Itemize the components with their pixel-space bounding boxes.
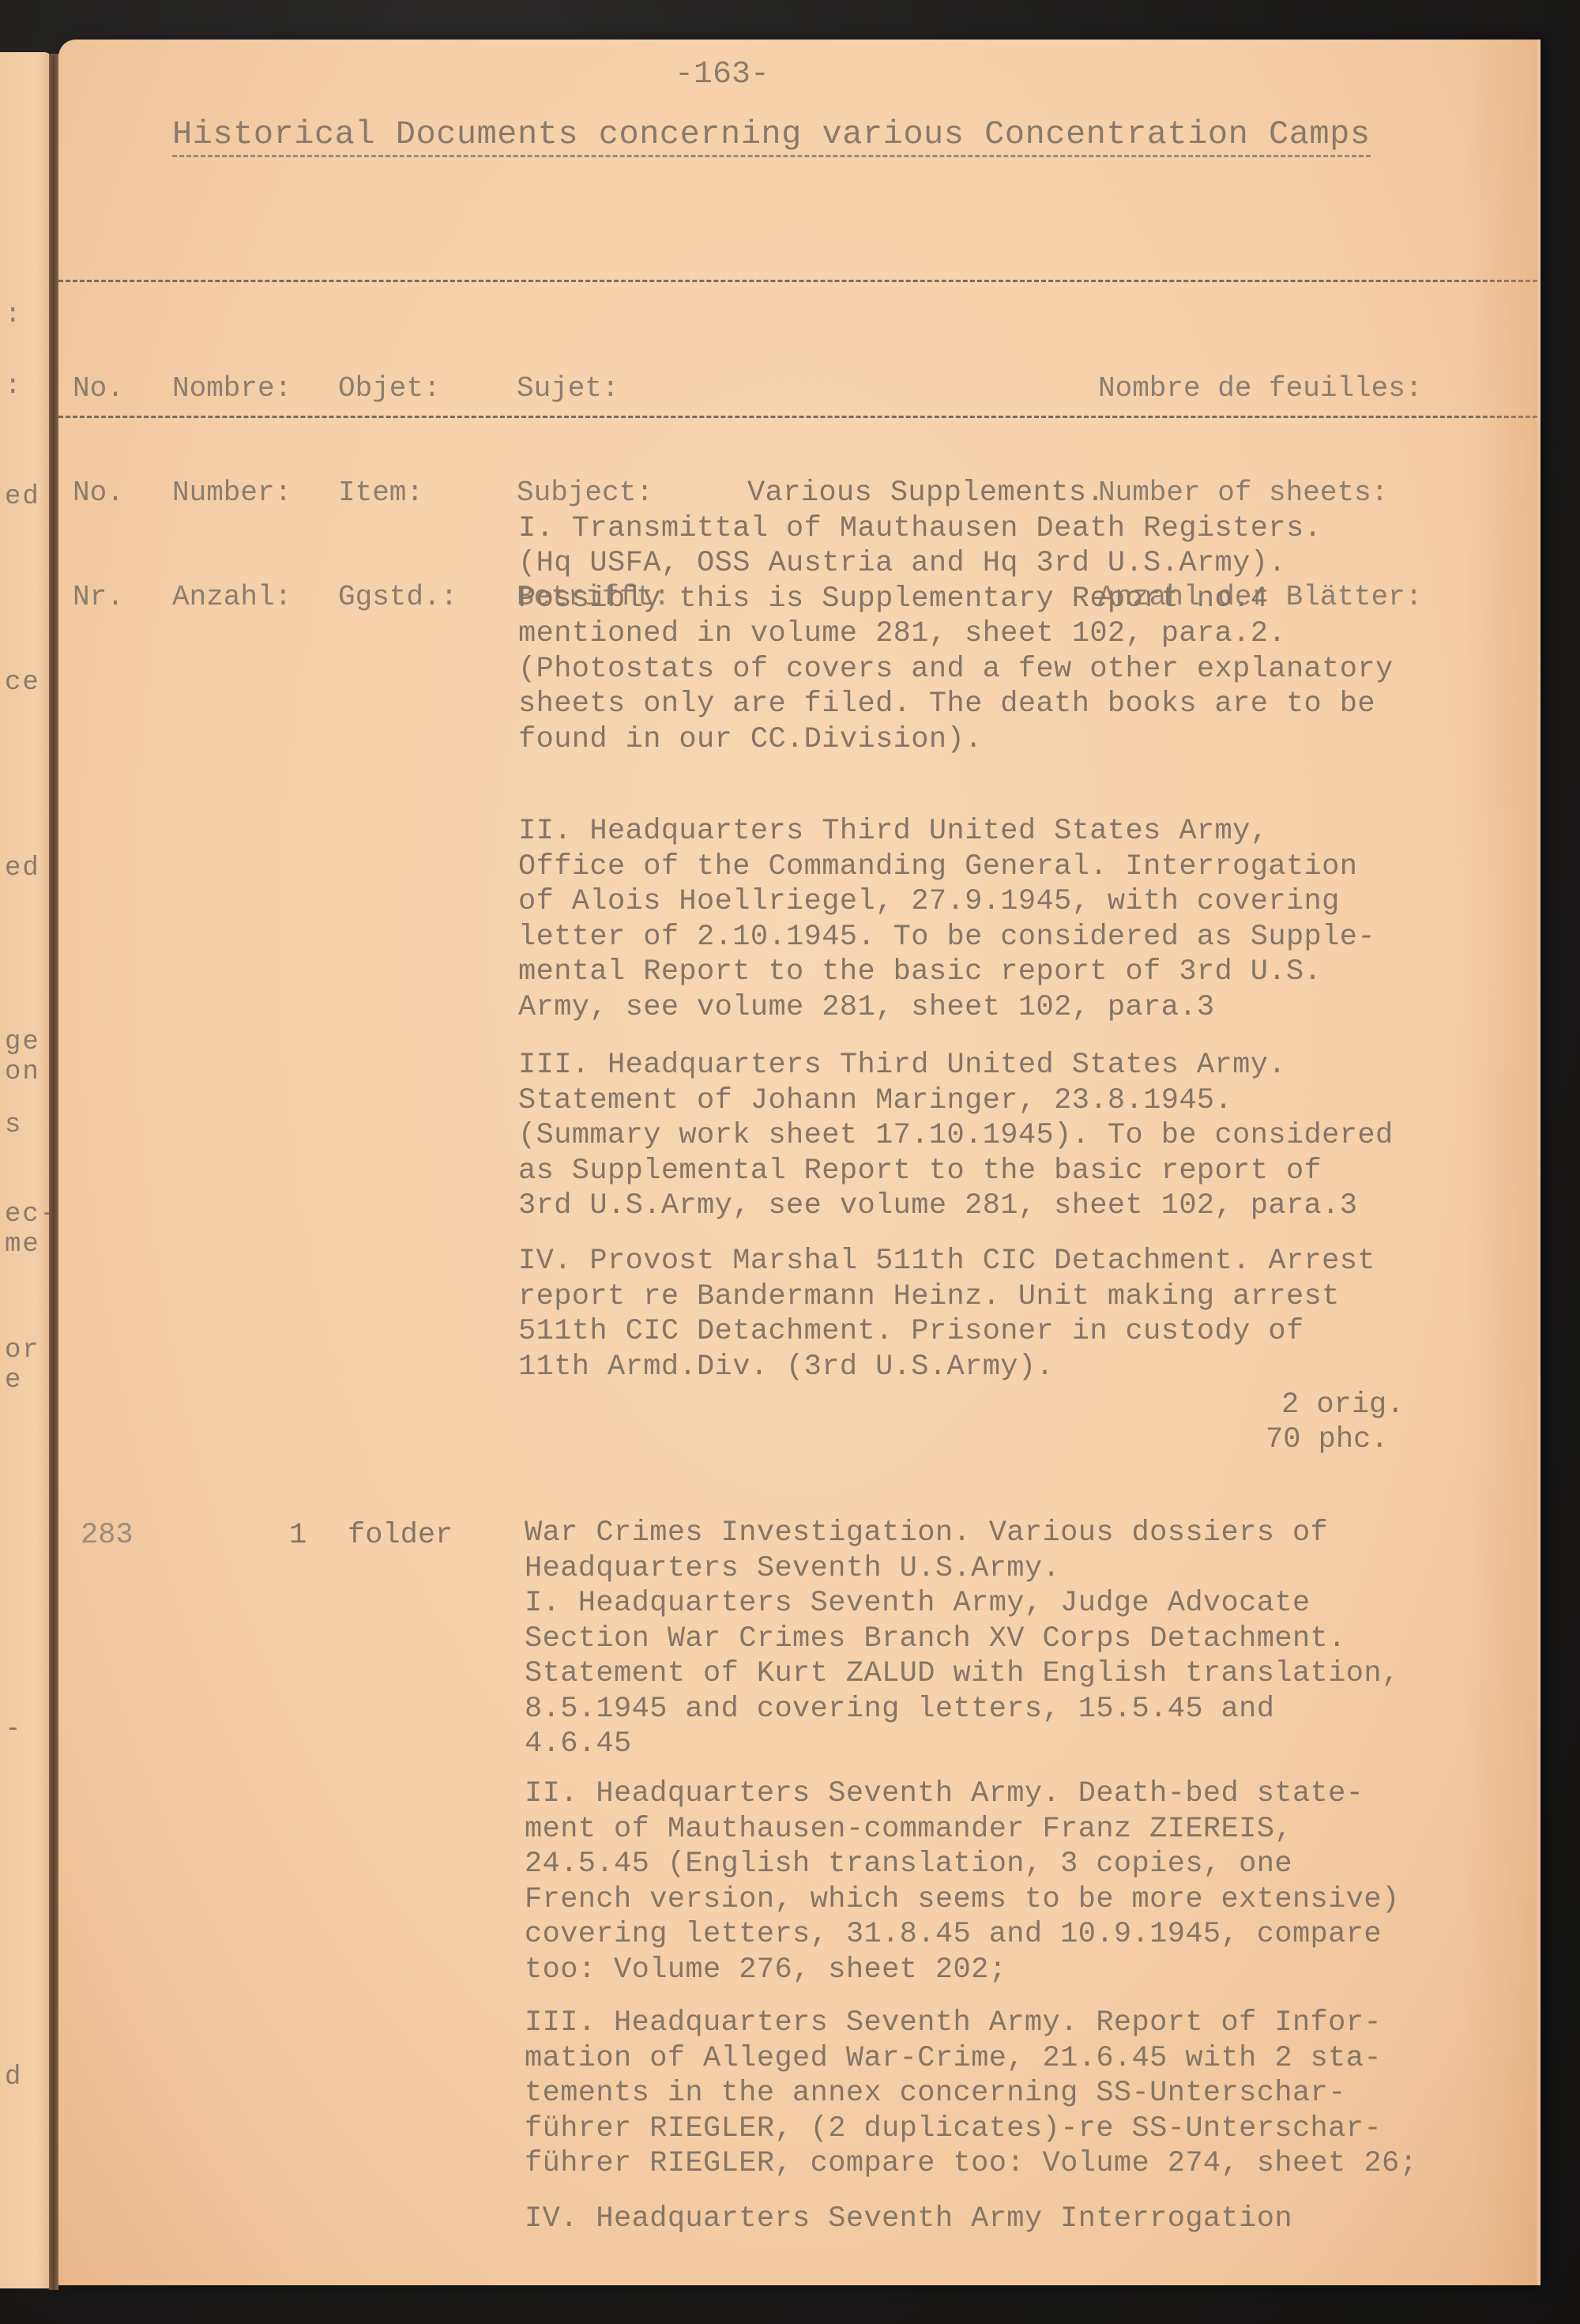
entry-various-supplements: Various Supplements. I. Transmittal of M… xyxy=(518,476,1514,757)
entry-line: ment of Mauthausen-commander Franz ZIERE… xyxy=(525,1812,1520,1848)
left-page-fragment: ed xyxy=(5,482,40,512)
left-page-fragment: : xyxy=(5,371,22,401)
entry-line: Office of the Commanding General. Interr… xyxy=(518,849,1514,885)
entry-line: mation of Alleged War-Crime, 21.6.45 wit… xyxy=(525,2041,1520,2077)
entry-283-part-iv: IV. Headquarters Seventh Army Interrogat… xyxy=(525,2202,1520,2237)
entry-line: Statement of Johann Maringer, 23.8.1945. xyxy=(518,1083,1514,1119)
left-page-fragment: e xyxy=(5,1365,22,1396)
entry-heading: Various Supplements. xyxy=(518,476,1514,511)
entry-line: Army, see volume 281, sheet 102, para.3 xyxy=(518,990,1514,1026)
left-page-fragment: or xyxy=(5,1335,40,1365)
entry-count: 1 xyxy=(289,1519,307,1552)
book-gutter xyxy=(49,54,58,2290)
entry-line: report re Bandermann Heinz. Unit making … xyxy=(518,1279,1514,1315)
entry-line: of Alois Hoellriegel, 27.9.1945, with co… xyxy=(518,884,1514,920)
entry-line: too: Volume 276, sheet 202; xyxy=(525,1953,1520,1988)
column-header-item: Objet: Item: Ggstd.: xyxy=(338,302,457,684)
entry-line: French version, which seems to be more e… xyxy=(525,1882,1520,1918)
entry-line: 511th CIC Detachment. Prisoner in custod… xyxy=(518,1314,1514,1350)
entry-line: 4.6.45 xyxy=(525,1727,1520,1762)
left-page-fragment: ge xyxy=(5,1027,40,1057)
entry-283-part-ii: II. Headquarters Seventh Army. Death-bed… xyxy=(525,1776,1520,1987)
entry-line: II. Headquarters Third United States Arm… xyxy=(518,814,1514,849)
entry-line: III. Headquarters Third United States Ar… xyxy=(518,1048,1514,1083)
entry-line: (Hq USFA, OSS Austria and Hq 3rd U.S.Arm… xyxy=(518,546,1514,582)
entry-line: IV. Headquarters Seventh Army Interrogat… xyxy=(525,2202,1520,2237)
entry-line: Possibly this is Supplementary Report no… xyxy=(518,582,1514,617)
column-header-number: Nombre: Number: Anzahl: xyxy=(172,302,292,684)
left-page-fragment: ed xyxy=(5,853,40,883)
entry-line: tements in the annex concerning SS-Unter… xyxy=(525,2076,1520,2111)
entry-line: I. Headquarters Seventh Army, Judge Advo… xyxy=(525,1586,1520,1622)
entry-paragraph-iii: III. Headquarters Third United States Ar… xyxy=(518,1048,1514,1224)
entry-line: Statement of Kurt ZALUD with English tra… xyxy=(525,1656,1520,1692)
entry-283-part-iii: III. Headquarters Seventh Army. Report o… xyxy=(525,2006,1520,2182)
entry-line: (Photostats of covers and a few other ex… xyxy=(518,652,1514,687)
header-top-rule xyxy=(58,280,1537,282)
left-page-fragment: - xyxy=(5,1715,22,1745)
entry-line: IV. Provost Marshal 511th CIC Detachment… xyxy=(518,1244,1514,1279)
entry-line: letter of 2.10.1945. To be considered as… xyxy=(518,920,1514,955)
entry-line: (Summary work sheet 17.10.1945). To be c… xyxy=(518,1118,1514,1154)
entry-283-part-i: War Crimes Investigation. Various dossie… xyxy=(525,1516,1520,1762)
entry-line: sheets only are filed. The death books a… xyxy=(518,687,1514,722)
entry-line: Headquarters Seventh U.S.Army. xyxy=(525,1551,1520,1587)
entry-item-type: folder xyxy=(348,1519,453,1552)
entry-line: II. Headquarters Seventh Army. Death-bed… xyxy=(525,1776,1520,1812)
left-facing-page-edge: : : ed ce ed ge on s ec- me or e - d xyxy=(0,52,52,2288)
left-page-fragment: d xyxy=(5,2062,22,2092)
header-bottom-rule xyxy=(58,416,1537,418)
entry-line: führer RIEGLER, compare too: Volume 274,… xyxy=(525,2146,1520,2182)
entry-line: Section War Crimes Branch XV Corps Detac… xyxy=(525,1622,1520,1657)
entry-line: 8.5.1945 and covering letters, 15.5.45 a… xyxy=(525,1692,1520,1727)
entry-number: 283 xyxy=(81,1519,134,1552)
sheet-count-originals: 2 orig. xyxy=(1281,1388,1404,1422)
entry-line: War Crimes Investigation. Various dossie… xyxy=(525,1516,1520,1551)
entry-paragraph-iv: IV. Provost Marshal 511th CIC Detachment… xyxy=(518,1244,1514,1384)
entry-line: 3rd U.S.Army, see volume 281, sheet 102,… xyxy=(518,1188,1514,1224)
entry-line: found in our CC.Division). xyxy=(518,722,1514,758)
entry-paragraph-ii: II. Headquarters Third United States Arm… xyxy=(518,814,1514,1025)
page-number: -163- xyxy=(675,57,769,92)
entry-line: führer RIEGLER, (2 duplicates)-re SS-Unt… xyxy=(525,2111,1520,2147)
document-page: -163- Historical Documents concerning va… xyxy=(58,40,1537,2285)
entry-line: covering letters, 31.8.45 and 10.9.1945,… xyxy=(525,1917,1520,1953)
left-page-fragment: s xyxy=(5,1110,22,1140)
entry-line: as Supplemental Report to the basic repo… xyxy=(518,1154,1514,1189)
left-page-fragment: ce xyxy=(5,668,40,698)
document-title: Historical Documents concerning various … xyxy=(172,115,1371,157)
entry-line: 11th Armd.Div. (3rd U.S.Army). xyxy=(518,1350,1514,1385)
sheet-count-photocopies: 70 phc. xyxy=(1266,1422,1388,1457)
column-header-no: No. No. Nr. xyxy=(73,302,141,684)
entry-line: 24.5.45 (English translation, 3 copies, … xyxy=(525,1847,1520,1882)
left-page-fragment: me xyxy=(5,1230,40,1260)
left-page-fragment: on xyxy=(5,1057,40,1087)
entry-line: mentioned in volume 281, sheet 102, para… xyxy=(518,616,1514,652)
entry-line: I. Transmittal of Mauthausen Death Regis… xyxy=(518,511,1514,547)
entry-line: III. Headquarters Seventh Army. Report o… xyxy=(525,2006,1520,2041)
left-page-fragment: : xyxy=(5,300,22,330)
entry-line: mental Report to the basic report of 3rd… xyxy=(518,955,1514,990)
